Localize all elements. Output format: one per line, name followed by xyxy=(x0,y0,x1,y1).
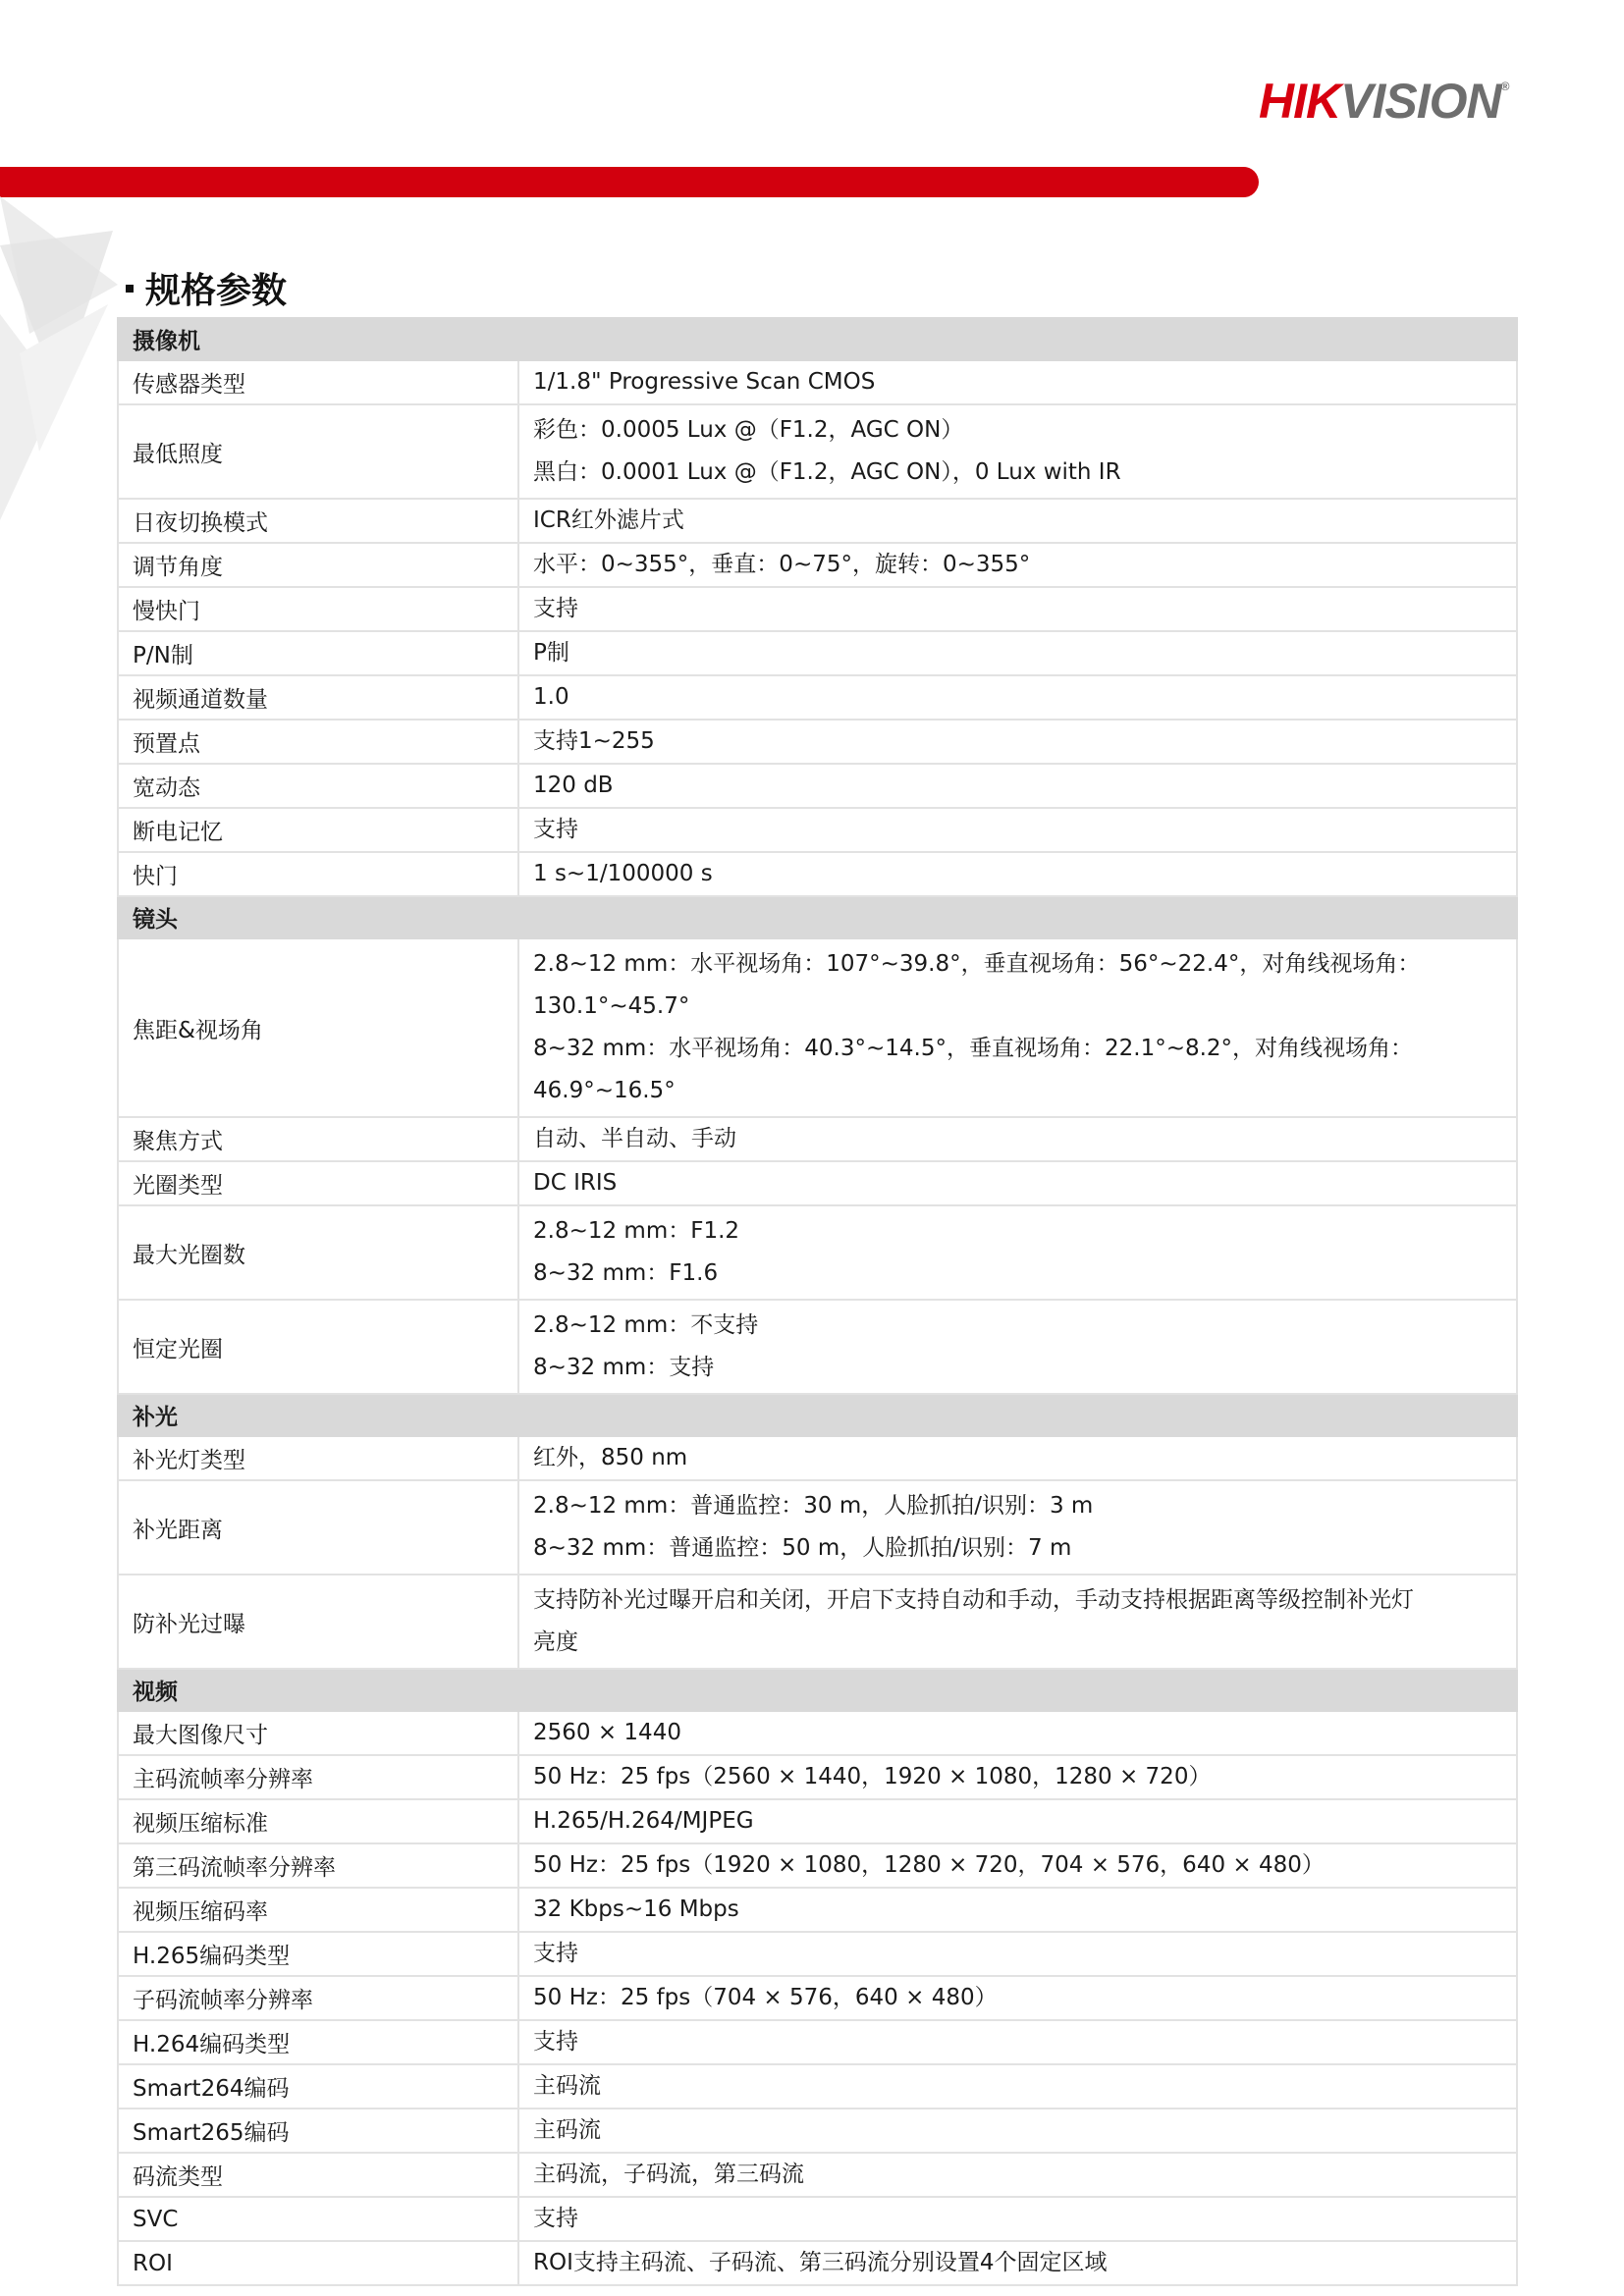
spec-value-line: H.265/H.264/MJPEG xyxy=(533,1800,1502,1842)
section-header: 镜头 xyxy=(118,896,1517,938)
spec-row: 防补光过曝支持防补光过曝开启和关闭，开启下支持自动和手动，手动支持根据距离等级控… xyxy=(118,1575,1517,1669)
spec-row: 断电记忆支持 xyxy=(118,808,1517,852)
spec-row: 最大光圈数2.8~12 mm：F1.28~32 mm：F1.6 xyxy=(118,1205,1517,1300)
spec-label: 视频压缩标准 xyxy=(118,1799,518,1843)
spec-label: 码流类型 xyxy=(118,2153,518,2197)
spec-row: P/N制P制 xyxy=(118,631,1517,675)
spec-label: 视频通道数量 xyxy=(118,675,518,720)
spec-table: 摄像机传感器类型1/1.8" Progressive Scan CMOS最低照度… xyxy=(117,317,1518,2286)
spec-value-line: 红外，850 nm xyxy=(533,1437,1502,1479)
spec-label: 视频压缩码率 xyxy=(118,1888,518,1932)
spec-value-line: 亮度 xyxy=(533,1622,1502,1664)
spec-row: 补光距离2.8~12 mm：普通监控：30 m，人脸抓拍/识别：3 m8~32 … xyxy=(118,1480,1517,1575)
spec-value-line: 主码流 xyxy=(533,2109,1502,2152)
spec-row: 视频通道数量1.0 xyxy=(118,675,1517,720)
spec-value: H.265/H.264/MJPEG xyxy=(518,1799,1517,1843)
spec-value-line: 支持 xyxy=(533,2021,1502,2063)
spec-value: 2560 × 1440 xyxy=(518,1711,1517,1755)
spec-value: 2.8~12 mm：不支持8~32 mm：支持 xyxy=(518,1300,1517,1394)
section-title: 视频 xyxy=(118,1669,1517,1711)
hikvision-logo: HIKVISION® xyxy=(1259,77,1508,126)
spec-value: 支持1~255 xyxy=(518,720,1517,764)
spec-label: Smart265编码 xyxy=(118,2109,518,2153)
spec-value: 自动、半自动、手动 xyxy=(518,1117,1517,1161)
spec-label: H.265编码类型 xyxy=(118,1932,518,1976)
spec-row: 码流类型主码流，子码流，第三码流 xyxy=(118,2153,1517,2197)
spec-value: 支持防补光过曝开启和关闭，开启下支持自动和手动，手动支持根据距离等级控制补光灯亮… xyxy=(518,1575,1517,1669)
spec-value: 彩色：0.0005 Lux @（F1.2，AGC ON）黑白：0.0001 Lu… xyxy=(518,404,1517,499)
spec-row: 宽动态120 dB xyxy=(118,764,1517,808)
spec-row: 最低照度彩色：0.0005 Lux @（F1.2，AGC ON）黑白：0.000… xyxy=(118,404,1517,499)
spec-label: 聚焦方式 xyxy=(118,1117,518,1161)
spec-label: ROI xyxy=(118,2241,518,2285)
spec-value-line: 主码流，子码流，第三码流 xyxy=(533,2154,1502,2196)
spec-row: 慢快门支持 xyxy=(118,587,1517,631)
spec-label: 宽动态 xyxy=(118,764,518,808)
spec-label: 最大光圈数 xyxy=(118,1205,518,1300)
spec-row: H.265编码类型支持 xyxy=(118,1932,1517,1976)
spec-label: 调节角度 xyxy=(118,543,518,587)
spec-value: 支持 xyxy=(518,808,1517,852)
spec-value: 主码流，子码流，第三码流 xyxy=(518,2153,1517,2197)
spec-value-line: 主码流 xyxy=(533,2065,1502,2108)
spec-value: ROI支持主码流、子码流、第三码流分别设置4个固定区域 xyxy=(518,2241,1517,2285)
spec-value-line: 32 Kbps~16 Mbps xyxy=(533,1889,1502,1931)
spec-value-line: 水平：0~355°，垂直：0~75°，旋转：0~355° xyxy=(533,544,1502,586)
spec-value-line: 支持 xyxy=(533,588,1502,630)
spec-label: 断电记忆 xyxy=(118,808,518,852)
spec-value: ICR红外滤片式 xyxy=(518,499,1517,543)
spec-value: 支持 xyxy=(518,2197,1517,2241)
spec-label: 补光灯类型 xyxy=(118,1436,518,1480)
spec-row: SVC支持 xyxy=(118,2197,1517,2241)
spec-value: 支持 xyxy=(518,1932,1517,1976)
spec-value: 2.8~12 mm：水平视场角：107°~39.8°，垂直视场角：56°~22.… xyxy=(518,938,1517,1117)
spec-row: 恒定光圈2.8~12 mm：不支持8~32 mm：支持 xyxy=(118,1300,1517,1394)
spec-value: 红外，850 nm xyxy=(518,1436,1517,1480)
page-title-text: 规格参数 xyxy=(145,263,287,313)
spec-label: 子码流帧率分辨率 xyxy=(118,1976,518,2020)
spec-row: 视频压缩标准H.265/H.264/MJPEG xyxy=(118,1799,1517,1843)
spec-value-line: 50 Hz：25 fps（704 × 576，640 × 480） xyxy=(533,1977,1502,2019)
spec-row: 焦距&视场角2.8~12 mm：水平视场角：107°~39.8°，垂直视场角：5… xyxy=(118,938,1517,1117)
header-red-band xyxy=(0,167,1259,197)
spec-value-line: 黑白：0.0001 Lux @（F1.2，AGC ON），0 Lux with … xyxy=(533,452,1502,494)
spec-row: 快门1 s~1/100000 s xyxy=(118,852,1517,896)
spec-label: 快门 xyxy=(118,852,518,896)
spec-label: 补光距离 xyxy=(118,1480,518,1575)
spec-label: 预置点 xyxy=(118,720,518,764)
section-header: 补光 xyxy=(118,1394,1517,1436)
spec-row: Smart264编码主码流 xyxy=(118,2064,1517,2109)
spec-label: H.264编码类型 xyxy=(118,2020,518,2064)
spec-value: 1 s~1/100000 s xyxy=(518,852,1517,896)
spec-value-line: 2.8~12 mm：普通监控：30 m，人脸抓拍/识别：3 m xyxy=(533,1485,1502,1527)
spec-value-line: ICR红外滤片式 xyxy=(533,500,1502,542)
spec-label: 主码流帧率分辨率 xyxy=(118,1755,518,1799)
spec-value-line: 支持 xyxy=(533,809,1502,851)
spec-row: H.264编码类型支持 xyxy=(118,2020,1517,2064)
spec-value-line: 支持 xyxy=(533,1933,1502,1975)
logo-part-hik: HIK xyxy=(1259,74,1340,129)
spec-value-line: 1 s~1/100000 s xyxy=(533,853,1502,895)
spec-value-line: 2560 × 1440 xyxy=(533,1712,1502,1754)
spec-row: ROIROI支持主码流、子码流、第三码流分别设置4个固定区域 xyxy=(118,2241,1517,2285)
section-title: 补光 xyxy=(118,1394,1517,1436)
spec-label: P/N制 xyxy=(118,631,518,675)
section-title: 镜头 xyxy=(118,896,1517,938)
spec-row: 子码流帧率分辨率50 Hz：25 fps（704 × 576，640 × 480… xyxy=(118,1976,1517,2020)
spec-value: 主码流 xyxy=(518,2109,1517,2153)
spec-row: 补光灯类型红外，850 nm xyxy=(118,1436,1517,1480)
spec-value-line: 支持防补光过曝开启和关闭，开启下支持自动和手动，手动支持根据距离等级控制补光灯 xyxy=(533,1579,1502,1622)
spec-value: 1.0 xyxy=(518,675,1517,720)
spec-value-line: 50 Hz：25 fps（1920 × 1080，1280 × 720，704 … xyxy=(533,1844,1502,1887)
spec-label: 日夜切换模式 xyxy=(118,499,518,543)
spec-value-line: 彩色：0.0005 Lux @（F1.2，AGC ON） xyxy=(533,409,1502,452)
spec-value: 2.8~12 mm：F1.28~32 mm：F1.6 xyxy=(518,1205,1517,1300)
spec-value: P制 xyxy=(518,631,1517,675)
spec-value: 50 Hz：25 fps（704 × 576，640 × 480） xyxy=(518,1976,1517,2020)
spec-value: 支持 xyxy=(518,587,1517,631)
spec-value: 1/1.8" Progressive Scan CMOS xyxy=(518,360,1517,404)
spec-label: 传感器类型 xyxy=(118,360,518,404)
spec-value: 支持 xyxy=(518,2020,1517,2064)
page-title: 规格参数 xyxy=(126,263,287,313)
spec-value-line: 120 dB xyxy=(533,765,1502,807)
spec-value-line: 8~32 mm：支持 xyxy=(533,1347,1502,1389)
spec-label: 焦距&视场角 xyxy=(118,938,518,1117)
spec-value: 主码流 xyxy=(518,2064,1517,2109)
section-header: 摄像机 xyxy=(118,318,1517,360)
spec-label: SVC xyxy=(118,2197,518,2241)
spec-value-line: ROI支持主码流、子码流、第三码流分别设置4个固定区域 xyxy=(533,2242,1502,2284)
title-bullet-icon xyxy=(126,285,134,293)
spec-row: Smart265编码主码流 xyxy=(118,2109,1517,2153)
spec-row: 聚焦方式自动、半自动、手动 xyxy=(118,1117,1517,1161)
spec-row: 主码流帧率分辨率50 Hz：25 fps（2560 × 1440，1920 × … xyxy=(118,1755,1517,1799)
spec-value-line: 支持 xyxy=(533,2198,1502,2240)
registered-mark: ® xyxy=(1501,80,1509,93)
spec-value-line: DC IRIS xyxy=(533,1162,1502,1204)
spec-value-line: 2.8~12 mm：水平视场角：107°~39.8°，垂直视场角：56°~22.… xyxy=(533,943,1502,1028)
spec-row: 最大图像尺寸2560 × 1440 xyxy=(118,1711,1517,1755)
spec-value: 2.8~12 mm：普通监控：30 m，人脸抓拍/识别：3 m8~32 mm：普… xyxy=(518,1480,1517,1575)
decorative-shards-icon xyxy=(0,196,128,530)
spec-value: 水平：0~355°，垂直：0~75°，旋转：0~355° xyxy=(518,543,1517,587)
spec-value-line: 1.0 xyxy=(533,676,1502,719)
spec-label: 最大图像尺寸 xyxy=(118,1711,518,1755)
spec-label: 第三码流帧率分辨率 xyxy=(118,1843,518,1888)
spec-value-line: 50 Hz：25 fps（2560 × 1440，1920 × 1080，128… xyxy=(533,1756,1502,1798)
spec-value-line: 2.8~12 mm：不支持 xyxy=(533,1305,1502,1347)
spec-label: 恒定光圈 xyxy=(118,1300,518,1394)
spec-value: 50 Hz：25 fps（1920 × 1080，1280 × 720，704 … xyxy=(518,1843,1517,1888)
spec-label: 慢快门 xyxy=(118,587,518,631)
spec-label: Smart264编码 xyxy=(118,2064,518,2109)
spec-row: 视频压缩码率32 Kbps~16 Mbps xyxy=(118,1888,1517,1932)
spec-value-line: 支持1~255 xyxy=(533,721,1502,763)
spec-value-line: 8~32 mm：水平视场角：40.3°~14.5°，垂直视场角：22.1°~8.… xyxy=(533,1028,1502,1112)
spec-row: 调节角度水平：0~355°，垂直：0~75°，旋转：0~355° xyxy=(118,543,1517,587)
spec-label: 光圈类型 xyxy=(118,1161,518,1205)
section-header: 视频 xyxy=(118,1669,1517,1711)
spec-label: 最低照度 xyxy=(118,404,518,499)
spec-row: 日夜切换模式ICR红外滤片式 xyxy=(118,499,1517,543)
spec-value-line: 自动、半自动、手动 xyxy=(533,1118,1502,1160)
spec-value: DC IRIS xyxy=(518,1161,1517,1205)
spec-label: 防补光过曝 xyxy=(118,1575,518,1669)
spec-value-line: 1/1.8" Progressive Scan CMOS xyxy=(533,361,1502,403)
spec-value-line: 2.8~12 mm：F1.2 xyxy=(533,1210,1502,1253)
spec-row: 第三码流帧率分辨率50 Hz：25 fps（1920 × 1080，1280 ×… xyxy=(118,1843,1517,1888)
logo-part-vision: VISION xyxy=(1340,74,1500,129)
spec-value: 50 Hz：25 fps（2560 × 1440，1920 × 1080，128… xyxy=(518,1755,1517,1799)
spec-row: 传感器类型1/1.8" Progressive Scan CMOS xyxy=(118,360,1517,404)
spec-value-line: 8~32 mm：F1.6 xyxy=(533,1253,1502,1295)
spec-row: 光圈类型DC IRIS xyxy=(118,1161,1517,1205)
spec-value: 32 Kbps~16 Mbps xyxy=(518,1888,1517,1932)
spec-value-line: P制 xyxy=(533,632,1502,674)
spec-row: 预置点支持1~255 xyxy=(118,720,1517,764)
section-title: 摄像机 xyxy=(118,318,1517,360)
spec-value: 120 dB xyxy=(518,764,1517,808)
spec-value-line: 8~32 mm：普通监控：50 m，人脸抓拍/识别：7 m xyxy=(533,1527,1502,1570)
